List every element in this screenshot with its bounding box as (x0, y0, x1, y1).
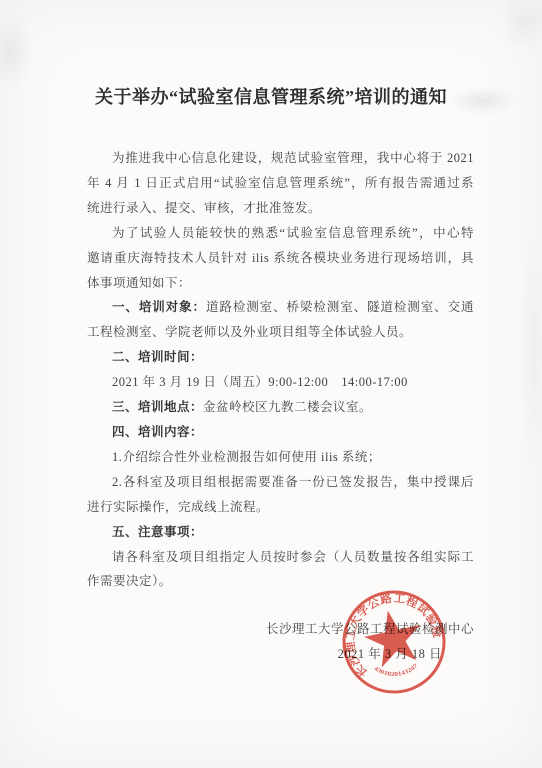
line-text: 邀请重庆海特技术人员针对 ilis 系统各模块业务进行现场培训，具 (87, 251, 474, 265)
signature-block: 长沙理工大学公路工程试验检测中心 2021 年 3 月 18 日 (87, 617, 474, 667)
line-text: 统进行录入、提交、审核，才批准签发。 (87, 201, 321, 215)
doc-line: 五、注意事项： (87, 520, 474, 545)
line-text: 作需要决定）。 (87, 574, 172, 588)
doc-line: 进行实际操作，完成线上流程。 (87, 495, 474, 520)
doc-line: 三、培训地点：金盆岭校区九教二楼会议室。 (87, 395, 474, 420)
line-text: 体事项通知如下： (87, 276, 191, 290)
line-text: 工程检测室、学院老师以及外业项目组等全体试验人员。 (87, 325, 412, 339)
doc-line: 作需要决定）。 (87, 569, 474, 594)
signature-date: 2021 年 3 月 18 日 (87, 642, 474, 667)
section-heading: 三、培训地点： (112, 400, 203, 414)
doc-line: 统进行录入、提交、审核，才批准签发。 (87, 196, 474, 221)
doc-line: 邀请重庆海特技术人员针对 ilis 系统各模块业务进行现场培训，具 (87, 246, 474, 271)
doc-line: 2021 年 3 月 19 日（周五）9:00-12:00 14:00-17:0… (87, 370, 474, 395)
signature-organization: 长沙理工大学公路工程试验检测中心 (87, 617, 474, 642)
line-text: 1.介绍综合性外业检测报告如何使用 ilis 系统； (112, 450, 381, 464)
line-text: 2.各科室及项目组根据需要准备一份已签发报告，集中授课后 (112, 475, 474, 489)
doc-line: 工程检测室、学院老师以及外业项目组等全体试验人员。 (87, 320, 474, 345)
doc-line: 一、培训对象：道路检测室、桥梁检测室、隧道检测室、交通 (87, 295, 474, 320)
section-heading: 二、培训时间： (112, 350, 203, 364)
doc-line: 2.各科室及项目组根据需要准备一份已签发报告，集中授课后 (87, 470, 474, 495)
line-text: 请各科室及项目组指定人员按时参会（人员数量按各组实际工 (112, 550, 474, 564)
doc-line: 年 4 月 1 日正式启用“试验室信息管理系统”，所有报告需通过系 (87, 171, 474, 196)
line-text: 2021 年 3 月 19 日（周五）9:00-12:00 14:00-17:0… (112, 375, 408, 389)
doc-line: 二、培训时间： (87, 345, 474, 370)
line-text: 年 4 月 1 日正式启用“试验室信息管理系统”，所有报告需通过系 (87, 176, 474, 190)
doc-line: 请各科室及项目组指定人员按时参会（人员数量按各组实际工 (87, 545, 474, 570)
scan-artifact (520, 220, 542, 480)
doc-line: 体事项通知如下： (87, 271, 474, 296)
line-text: 为了试验人员能较快的熟悉“试验室信息管理系统”，中心特 (112, 226, 474, 240)
line-text: 道路检测室、桥梁检测室、隧道检测室、交通 (206, 300, 474, 314)
section-heading: 四、培训内容： (112, 425, 203, 439)
page-title: 关于举办“试验室信息管理系统”培训的通知 (0, 0, 542, 109)
line-text: 金盆岭校区九教二楼会议室。 (203, 400, 372, 414)
line-text: 为推进我中心信息化建设，规范试验室管理，我中心将于 2021 (112, 151, 474, 165)
doc-line: 为了试验人员能较快的熟悉“试验室信息管理系统”，中心特 (87, 221, 474, 246)
line-text: 进行实际操作，完成线上流程。 (87, 500, 269, 514)
doc-line: 四、培训内容： (87, 420, 474, 445)
doc-body: 为推进我中心信息化建设，规范试验室管理，我中心将于 2021年 4 月 1 日正… (87, 146, 474, 594)
section-heading: 五、注意事项： (112, 525, 203, 539)
scanned-notice-page: 关于举办“试验室信息管理系统”培训的通知 为推进我中心信息化建设，规范试验室管理… (0, 0, 542, 768)
doc-line: 1.介绍综合性外业检测报告如何使用 ilis 系统； (87, 445, 474, 470)
section-heading: 一、培训对象： (112, 300, 206, 314)
doc-line: 为推进我中心信息化建设，规范试验室管理，我中心将于 2021 (87, 146, 474, 171)
